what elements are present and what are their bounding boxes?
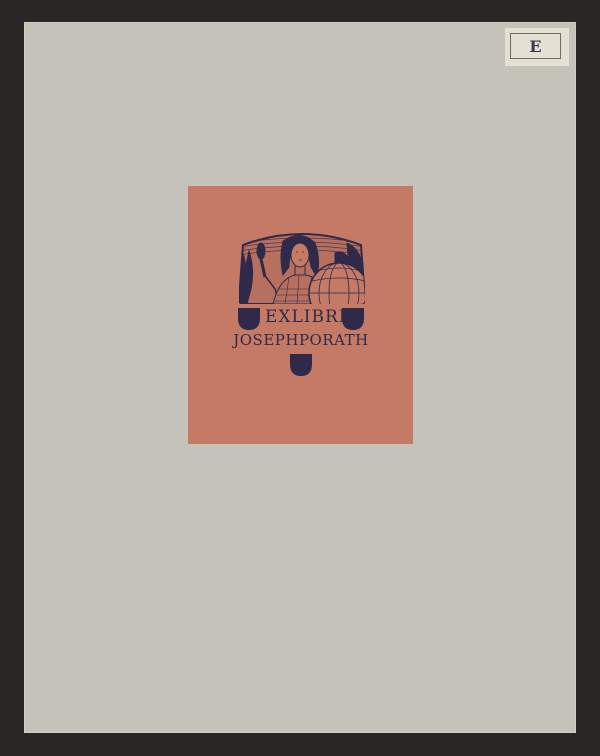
exlibris-row: EXLIBRIS bbox=[238, 306, 366, 330]
owner-name-text: JOSEPHPORATH bbox=[232, 330, 370, 350]
illustration-vignette bbox=[239, 229, 365, 304]
catalog-label: E bbox=[505, 28, 569, 66]
exlibris-text: EXLIBRIS bbox=[265, 306, 341, 328]
catalog-label-text: E bbox=[510, 33, 561, 59]
bookplate: EXLIBRIS JOSEPHPORATH bbox=[188, 186, 413, 444]
bottom-shield-icon bbox=[290, 354, 312, 376]
woman-globe-illustration-icon bbox=[239, 229, 365, 304]
